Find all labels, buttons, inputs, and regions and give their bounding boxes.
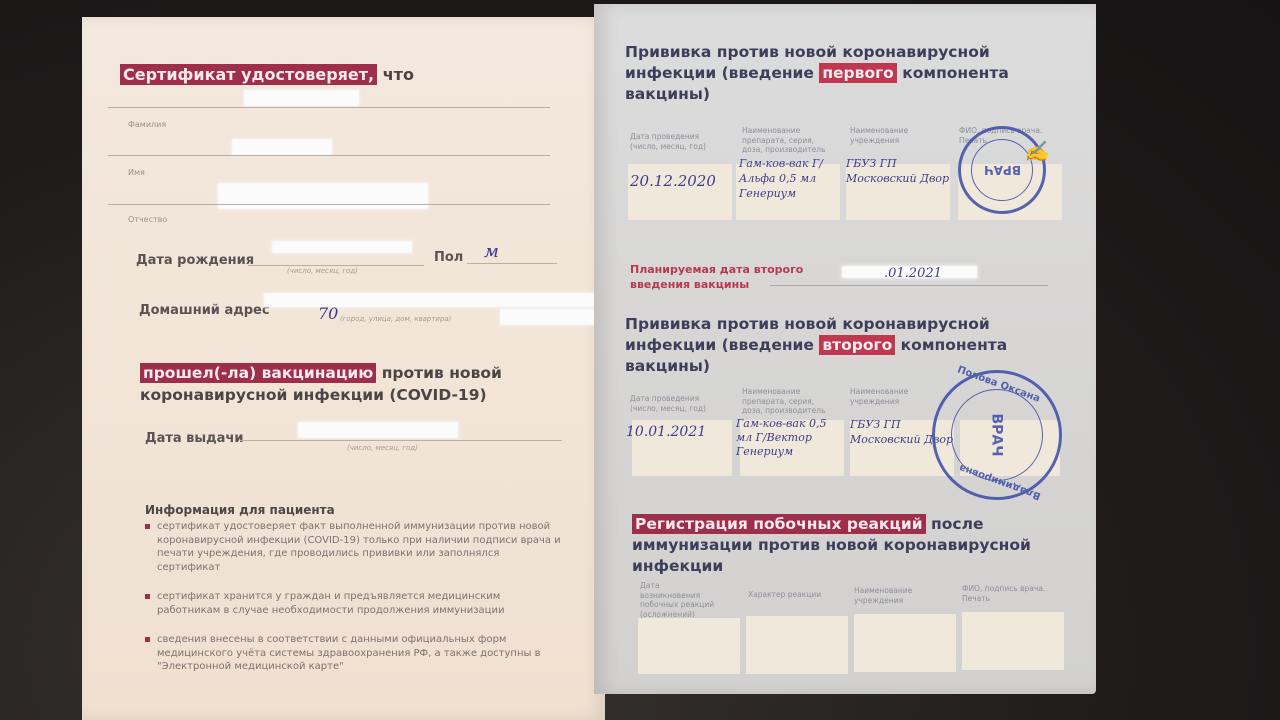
name-line <box>108 155 550 156</box>
second-dose-col-date: Дата проведения (число, месяц, год) <box>630 394 720 413</box>
issue-date-hint: (число, месяц, год) <box>347 444 418 452</box>
certificate-left-page: Сертификат удостоверяет, что Фамилия Имя… <box>82 17 605 720</box>
second-dose-date-value: 10.01.2021 <box>626 424 706 440</box>
patronymic-line <box>108 204 550 205</box>
certificate-right-page: Прививка против новой коронавирусной инф… <box>594 4 1096 694</box>
name-label: Имя <box>128 168 145 177</box>
second-dose-col-institution: Наименование учреждения <box>850 387 940 406</box>
patient-info-item: сведения внесены в соответствии с данным… <box>145 633 565 674</box>
patronymic-label: Отчество <box>128 215 167 224</box>
second-dose-vaccine-value: Гам-ков-вак 0,5 мл Г/Вектор Генериум <box>736 417 844 459</box>
redacted-address <box>264 293 594 307</box>
vaccination-heading: прошел(-ла) вакцинацию против новой коро… <box>140 362 560 406</box>
sex-value: м <box>484 241 499 262</box>
redacted-issue-date <box>298 422 458 438</box>
bullet-icon <box>145 637 150 642</box>
side-effects-col-reaction: Характер реакции <box>748 590 838 600</box>
birth-date-hint: (число, месяц, год) <box>287 267 358 275</box>
first-dose-date-value: 20.12.2020 <box>630 172 716 190</box>
side-effects-institution-cell <box>854 614 956 672</box>
address-hint: (город, улица, дом, квартира) <box>340 315 451 323</box>
redacted-birth-date <box>272 241 412 253</box>
bullet-icon <box>145 524 150 529</box>
bullet-icon <box>145 594 150 599</box>
redacted-address-2 <box>500 309 595 325</box>
address-label: Домашний адрес <box>139 303 270 318</box>
sex-line <box>467 263 557 264</box>
birth-date-line <box>248 265 424 266</box>
birth-date-label: Дата рождения <box>136 253 254 268</box>
first-dose-col-vaccine: Наименование препарата, серия, доза, про… <box>742 126 832 155</box>
first-dose-col-institution: Наименование учреждения <box>850 126 940 145</box>
first-dose-vaccine-value: Гам-ков-вак Г/Альфа 0,5 мл Генериум <box>739 156 839 201</box>
doctor-stamp-second: ВРАЧ Попова Оксана Владимировна <box>932 370 1062 500</box>
planned-second-dose-label: Планируемая дата второго введения вакцин… <box>630 262 820 292</box>
first-dose-col-date: Дата проведения (число, месяц, год) <box>630 132 720 151</box>
surname-label: Фамилия <box>128 120 166 129</box>
side-effects-reaction-cell <box>746 616 848 674</box>
first-dose-institution-value: ГБУЗ ГП Московский Двор <box>846 156 950 186</box>
side-effects-date-cell <box>638 618 740 674</box>
redacted-name <box>232 139 332 155</box>
redacted-surname <box>244 90 359 106</box>
planned-second-dose-value: .01.2021 <box>884 266 942 281</box>
side-effects-col-institution: Наименование учреждения <box>854 586 944 605</box>
side-effects-doctor-cell <box>962 612 1064 670</box>
side-effects-col-doctor: ФИО, подпись врача. Печать <box>962 584 1052 603</box>
first-dose-signature: ✍ <box>1024 139 1049 163</box>
patient-info-list: сертификат удостоверяет факт выполненной… <box>145 520 565 690</box>
certificate-title: Сертификат удостоверяет, что <box>120 65 414 84</box>
second-dose-title: Прививка против новой коронавирусной инф… <box>625 314 1045 377</box>
side-effects-title: Регистрация побочных реакций после иммун… <box>632 514 1052 577</box>
second-dose-col-vaccine: Наименование препарата, серия, доза, про… <box>742 387 832 416</box>
issue-date-line <box>240 440 562 441</box>
patient-info-item: сертификат удостоверяет факт выполненной… <box>145 520 565 574</box>
first-dose-title: Прививка против новой коронавирусной инф… <box>625 42 1045 105</box>
planned-date-line <box>770 285 1048 286</box>
redacted-patronymic <box>218 183 428 209</box>
patient-info-heading: Информация для пациента <box>145 503 335 517</box>
sex-label: Пол <box>434 250 463 265</box>
address-partial-value: 70 <box>318 304 338 323</box>
issue-date-label: Дата выдачи <box>145 431 243 446</box>
patient-info-item: сертификат хранится у граждан и предъявл… <box>145 590 565 617</box>
surname-line <box>108 107 550 108</box>
